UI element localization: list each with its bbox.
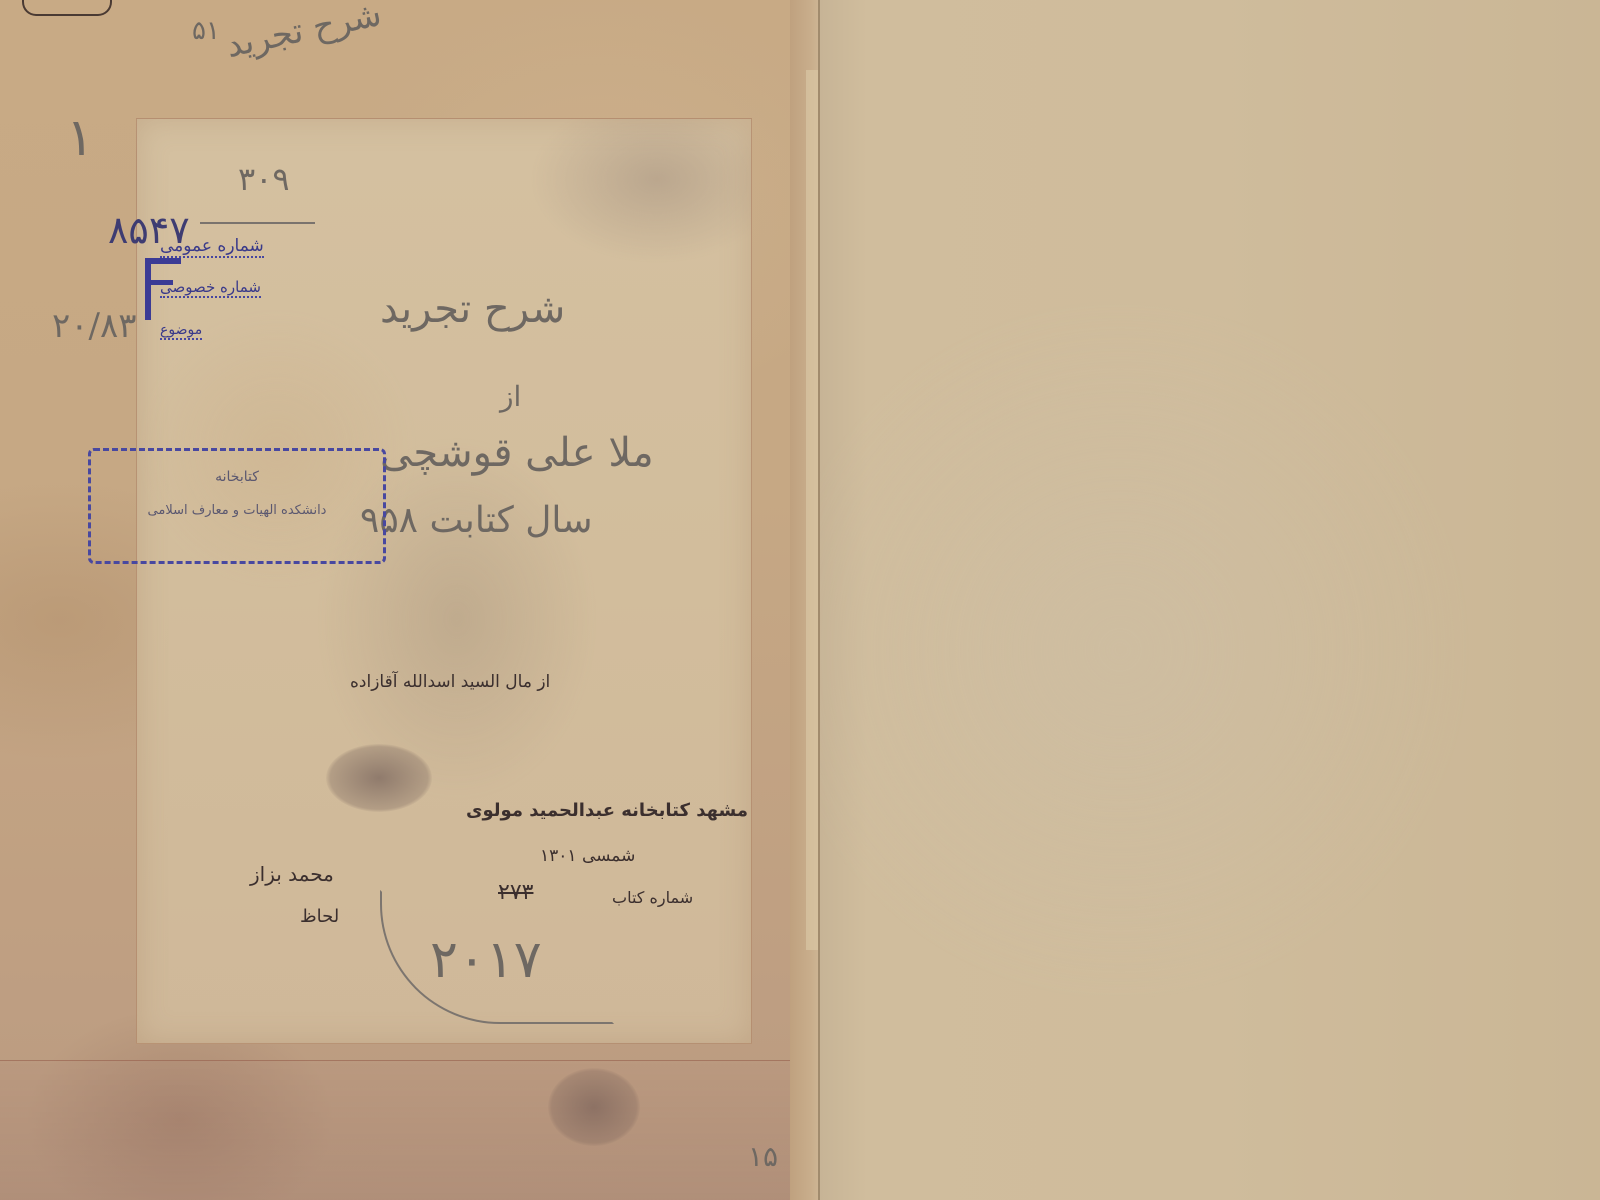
title-line-3: ملا علی قوشچی	[380, 430, 654, 476]
subject-label: موضوع	[160, 322, 202, 340]
donor-note: از مال السید اسدالله آقازاده	[350, 672, 550, 692]
title-line-2: از	[500, 380, 521, 413]
signature-sub: لحاظ	[300, 906, 339, 927]
seal-impression-icon	[326, 744, 432, 812]
book-number-label: شماره کتاب	[612, 888, 693, 907]
ownership-stamp-year: ۱۳۰۱ شمسی	[540, 846, 635, 866]
pencil-rule-line	[200, 222, 315, 224]
pencil-bottom-edge-mark: ۱۵	[748, 1140, 778, 1173]
pencil-side-number: ۲۰/۸۳	[52, 306, 137, 346]
signature-name: محمد بزاز	[250, 862, 334, 886]
corner-ink-mark	[22, 0, 112, 16]
library-stamp-box: کتابخانه دانشکده الهیات و معارف اسلامی	[88, 448, 386, 564]
seal-impression-bottom-icon	[548, 1068, 640, 1146]
right-flyleaf-blank	[818, 0, 1600, 1200]
title-line-4: سال کتابت ۹۵۸	[360, 500, 593, 541]
pencil-mark-one: ۱	[66, 108, 94, 168]
ownership-stamp-name: مشهد کتابخانه عبدالحمید مولوی	[466, 800, 748, 821]
pencil-number-bottom: ۲۰۱۷	[430, 930, 542, 990]
library-stamp-line-1: کتابخانه	[91, 469, 383, 485]
library-stamp-line-2: دانشکده الهیات و معارف اسلامی	[91, 503, 383, 518]
private-number-label: شماره خصوصی	[160, 278, 261, 298]
pencil-number-309: ۳۰۹	[238, 160, 290, 198]
lower-paper-band	[0, 1060, 820, 1200]
title-line-1: شرح تجرید	[380, 286, 565, 332]
general-number-label: شماره عمومی	[160, 236, 264, 258]
pencil-number-top: ۱۵	[192, 16, 220, 46]
